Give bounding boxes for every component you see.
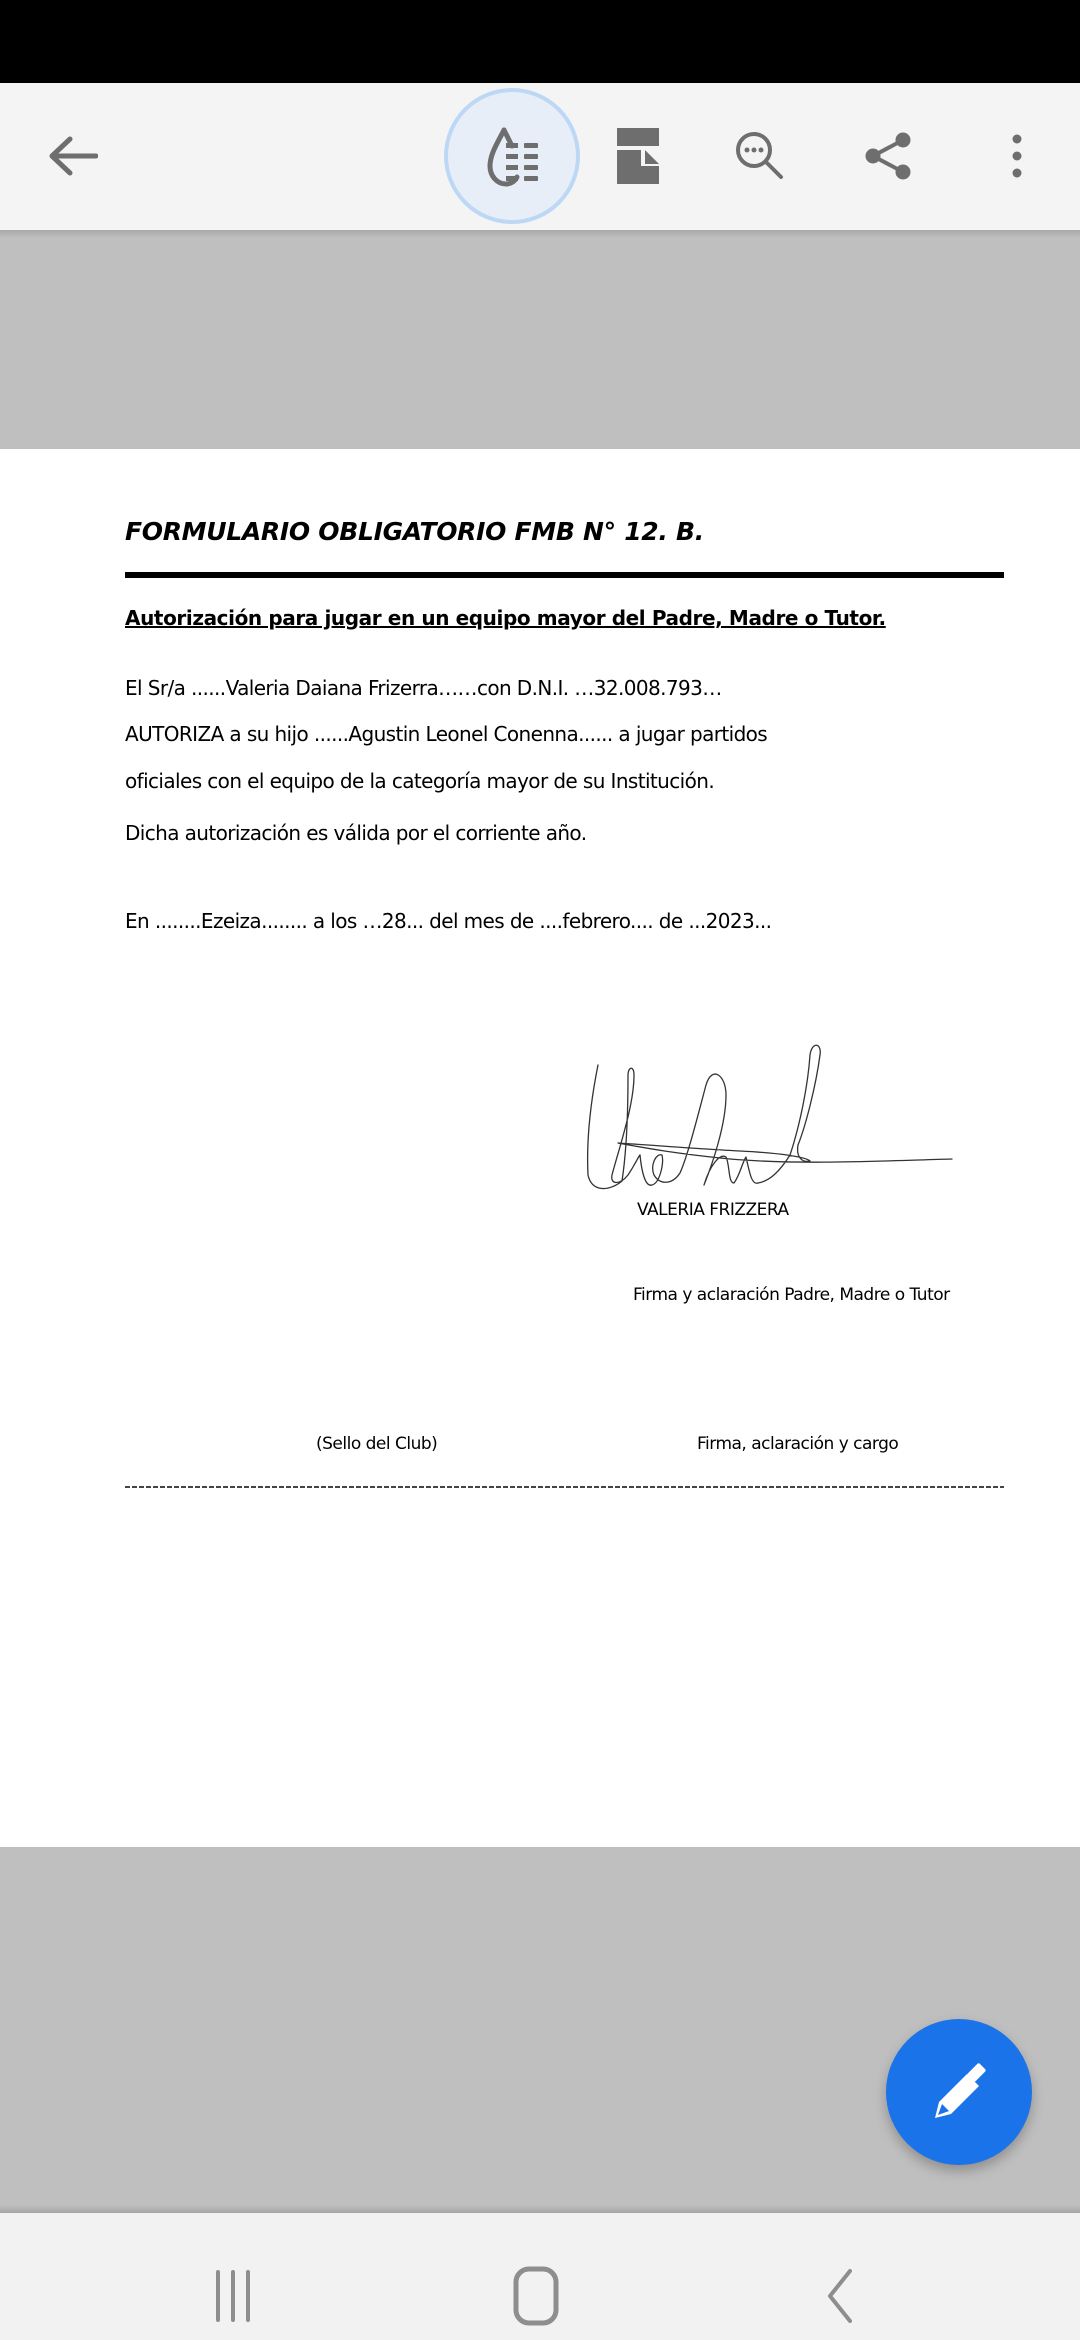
page-view-button[interactable]	[598, 116, 678, 196]
club-stamp-caption: (Sello del Club)	[316, 1434, 437, 1454]
body-line-official: oficiales con el equipo de la categoría …	[125, 769, 714, 793]
body-line-authorization: AUTORIZA a su hijo ......Agustin Leonel …	[125, 722, 767, 746]
recent-apps-button[interactable]	[193, 2256, 273, 2336]
page-view-icon	[617, 128, 659, 184]
recent-apps-icon	[215, 2269, 251, 2323]
body-line-validity: Dicha autorización es válida por el corr…	[125, 821, 586, 845]
document-subtitle: Autorización para jugar en un equipo may…	[125, 606, 886, 630]
search-button[interactable]	[720, 116, 800, 196]
cut-line	[125, 1486, 1004, 1488]
share-button[interactable]	[848, 116, 928, 196]
search-text-icon	[735, 131, 785, 181]
body-line-guardian: El Sr/a ......Valeria Daiana Frizerra……c…	[125, 676, 722, 700]
document-title: FORMULARIO OBLIGATORIO FMB N° 12. B.	[125, 517, 704, 546]
reading-mode-icon	[480, 124, 544, 188]
back-arrow-icon	[48, 136, 98, 176]
signature-image	[580, 1035, 960, 1195]
nav-shadow	[0, 2205, 1080, 2213]
club-signature-caption: Firma, aclaración y cargo	[697, 1434, 898, 1454]
title-rule	[125, 572, 1004, 578]
more-options-button[interactable]	[977, 116, 1057, 196]
edit-fab[interactable]	[886, 2019, 1032, 2165]
more-options-icon	[1011, 133, 1023, 179]
back-icon	[826, 2268, 854, 2324]
pencil-icon	[929, 2062, 989, 2122]
home-icon	[513, 2266, 559, 2326]
back-nav-button[interactable]	[800, 2256, 880, 2336]
share-icon	[863, 132, 913, 180]
status-bar	[0, 0, 1080, 83]
home-button[interactable]	[496, 2256, 576, 2336]
signature-caption: Firma y aclaración Padre, Madre o Tutor	[633, 1285, 950, 1305]
toolbar-shadow	[0, 230, 1080, 238]
date-line: En ........Ezeiza........ a los …28... d…	[125, 909, 771, 933]
back-button[interactable]	[30, 116, 116, 196]
signer-name: VALERIA FRIZZERA	[637, 1200, 789, 1220]
reading-mode-icon-wrap	[478, 122, 546, 190]
